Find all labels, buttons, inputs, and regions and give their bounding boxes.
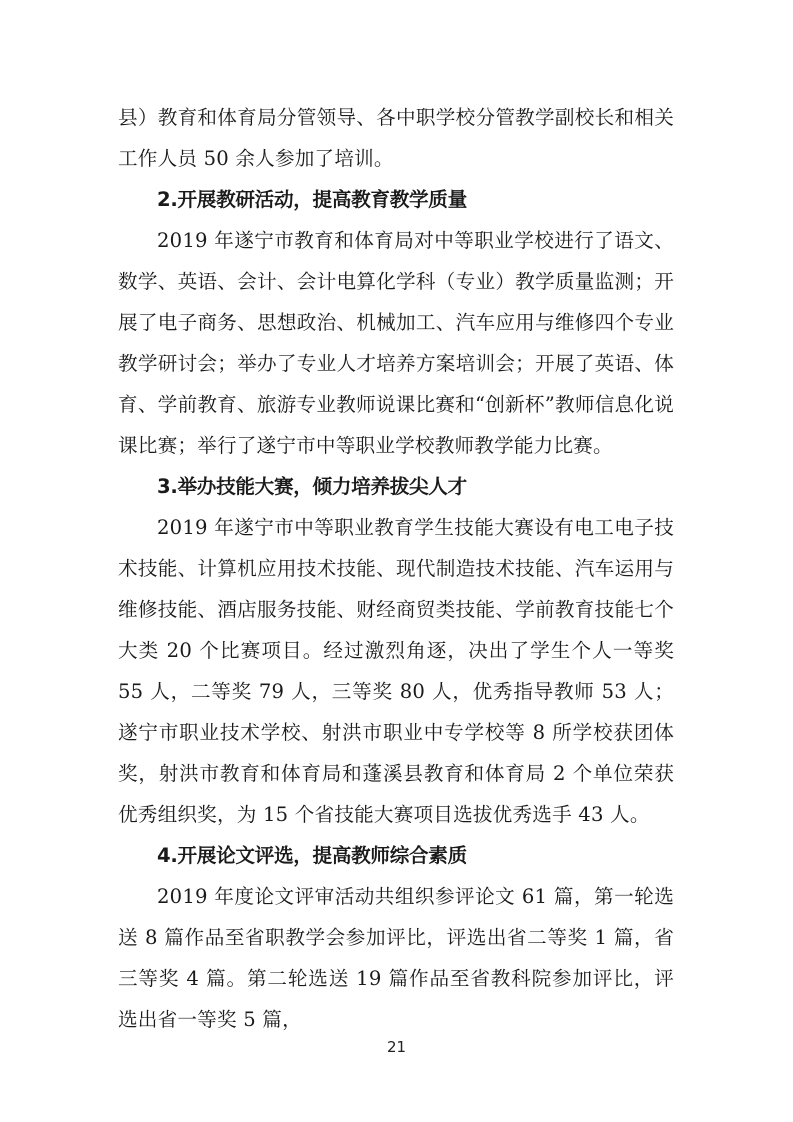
section-heading-paper-selection: 4.开展论文评选，提高教师综合素质	[118, 835, 674, 876]
paragraph-teaching-research: 2019 年遂宁市教育和体育局对中等职业学校进行了语文、数学、英语、会计、会计电…	[118, 220, 674, 466]
paragraph-skills-competition: 2019 年遂宁市中等职业教育学生技能大赛设有电工电子技术技能、计算机应用技术技…	[118, 507, 674, 835]
section-heading-teaching-research: 2.开展教研活动，提高教育教学质量	[118, 179, 674, 220]
document-page: 县）教育和体育局分管领导、各中职学校分管教学副校长和相关工作人员 50 余人参加…	[118, 97, 674, 1040]
section-heading-skills-competition: 3.举办技能大赛，倾力培养拔尖人才	[118, 466, 674, 507]
paragraph-paper-selection: 2019 年度论文评审活动共组织参评论文 61 篇，第一轮选送 8 篇作品至省职…	[118, 876, 674, 1040]
paragraph-training-participants: 县）教育和体育局分管领导、各中职学校分管教学副校长和相关工作人员 50 余人参加…	[118, 97, 674, 179]
page-number: 21	[0, 1038, 793, 1056]
